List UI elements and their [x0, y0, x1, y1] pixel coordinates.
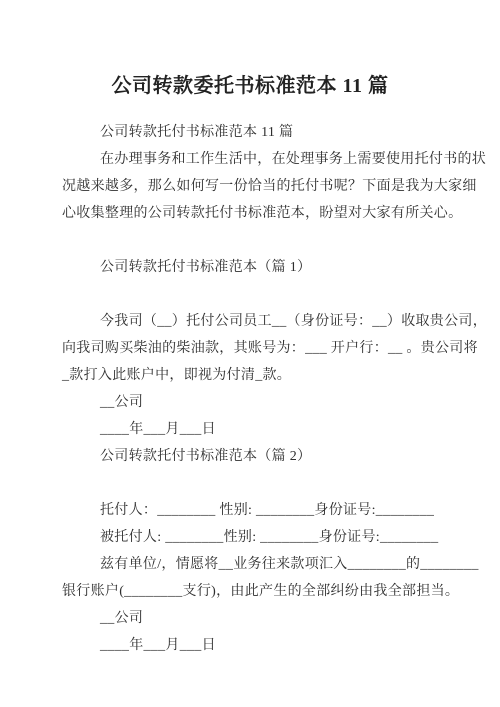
entruster-info-line: 托付人：________ 性别: ________身份证号:________ [62, 497, 438, 524]
document-title: 公司转款委托书标准范本 11 篇 [62, 73, 438, 100]
section-2-heading: 公司转款托付书标准范本（篇 2） [62, 443, 438, 470]
intro-paragraph-line-3: 心收集整理的公司转款托付书标准范本，盼望对大家有所关心。 [62, 200, 438, 227]
section-1-body-line-3: _款打入此账户中，即视为付清_款。 [62, 362, 438, 389]
section-1-body-line-1: 今我司（__）托付公司员工__（身份证号：__）收取贵公司， [62, 308, 438, 335]
section-2-company-signature: __公司 [62, 605, 438, 632]
entrustee-info-line: 被托付人: ________性别: ________身份证号:________ [62, 524, 438, 551]
section-2-body-line-2: 银行账户(________支行)，由此产生的全部纠纷由我全部担当。 [62, 578, 438, 605]
section-2-date-line: ____年___月___日 [62, 632, 438, 659]
intro-heading: 公司转款托付书标准范本 11 篇 [62, 119, 438, 146]
document-page: 公司转款委托书标准范本 11 篇 公司转款托付书标准范本 11 篇 在办理事务和… [0, 0, 500, 707]
section-1-company-signature: __公司 [62, 389, 438, 416]
section-1-date-line: ____年___月___日 [62, 416, 438, 443]
section-1-body-line-2: 向我司购买柴油的柴油款，其账号为：___ 开户行：__ 。贵公司将 [62, 335, 438, 362]
intro-paragraph-line-2: 况越来越多，那么如何写一份恰当的托付书呢？下面是我为大家细 [62, 173, 438, 200]
section-1-heading: 公司转款托付书标准范本（篇 1） [62, 254, 438, 281]
intro-paragraph-line-1: 在办理事务和工作生活中，在处理事务上需要使用托付书的状 [62, 146, 438, 173]
section-2-body-line-1: 兹有单位/，情愿将__业务往来款项汇入________的________ [62, 551, 438, 578]
